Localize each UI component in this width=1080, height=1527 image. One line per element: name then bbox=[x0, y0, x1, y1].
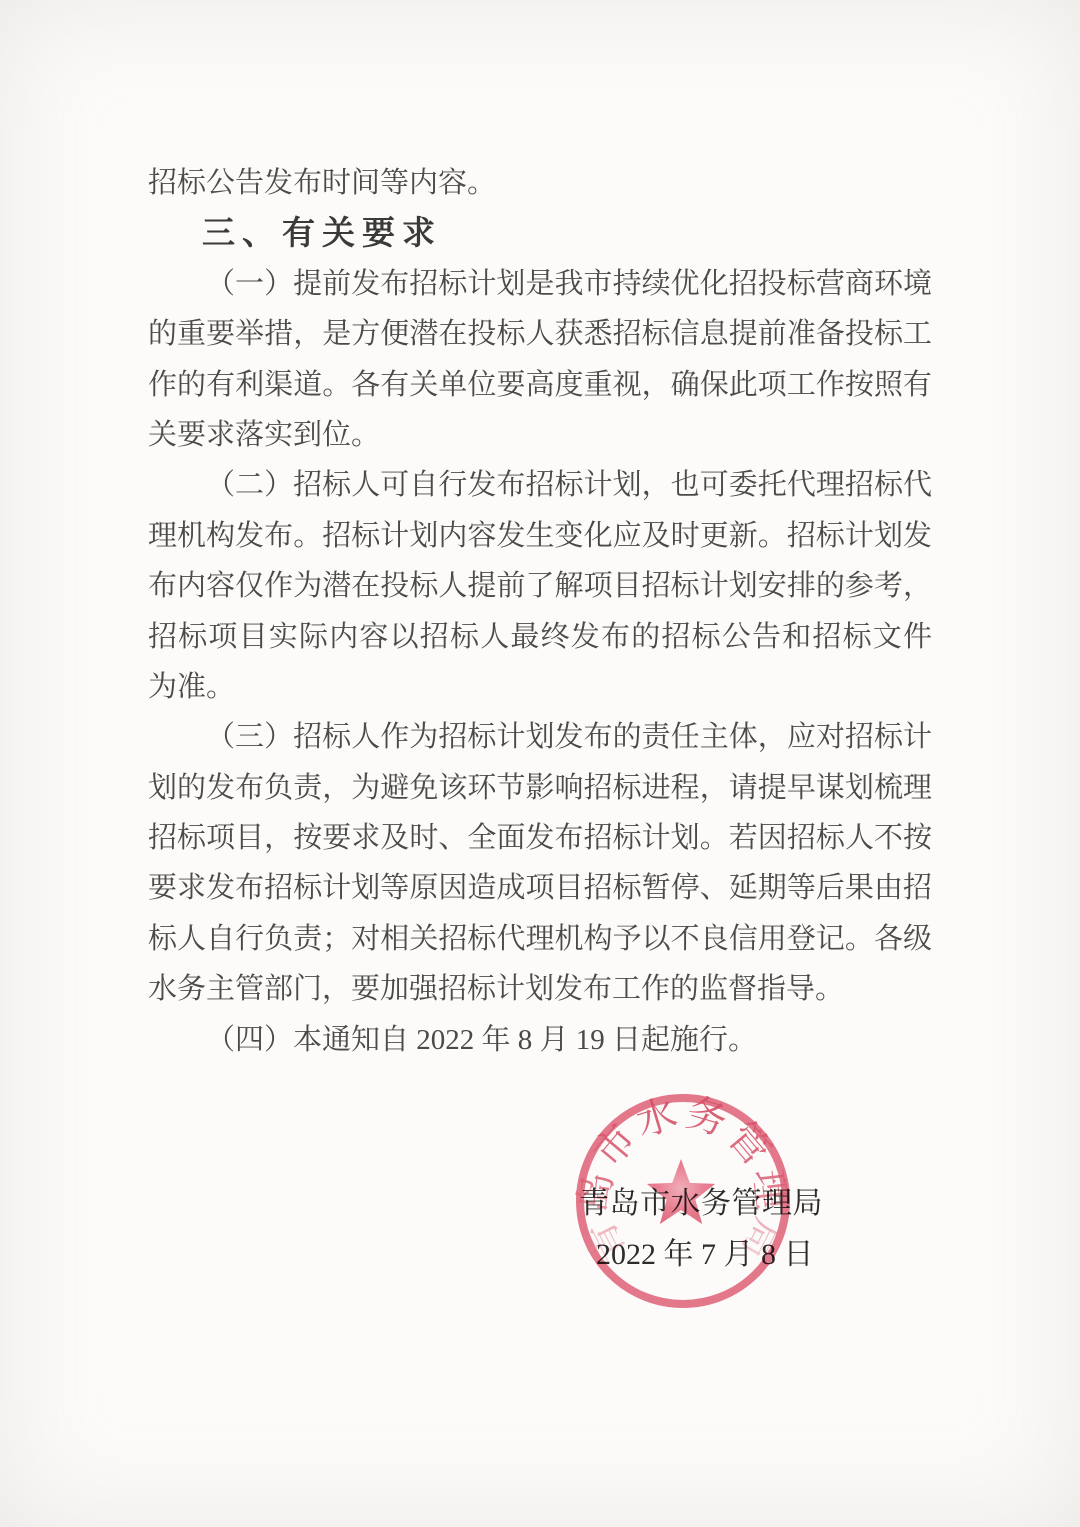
document-line: 划的发布负责，为避免该环节影响招标进程，请提早谋划梳理 bbox=[148, 763, 932, 813]
scanned-notice-page: 招标公告发布时间等内容。 三、有关要求 （一）提前发布招标计划是我市持续优化招投… bbox=[0, 0, 1080, 1527]
document-line: 为准。 bbox=[148, 662, 932, 712]
document-line: （一）提前发布招标计划是我市持续优化招投标营商环境 bbox=[148, 259, 932, 309]
document-line: 理机构发布。招标计划内容发生变化应及时更新。招标计划发 bbox=[148, 511, 932, 561]
document-line: 招标项目，按要求及时、全面发布招标计划。若因招标人不按 bbox=[148, 813, 932, 863]
document-line: 作的有利渠道。各有关单位要高度重视，确保此项工作按照有 bbox=[148, 360, 932, 410]
document-line: 要求发布招标计划等原因造成项目招标暂停、延期等后果由招 bbox=[148, 863, 932, 913]
document-line: 招标项目实际内容以招标人最终发布的招标公告和招标文件 bbox=[148, 612, 932, 662]
document-line: （二）招标人可自行发布招标计划，也可委托代理招标代 bbox=[148, 460, 932, 510]
document-line: 关要求落实到位。 bbox=[148, 410, 932, 460]
document-line: （三）招标人作为招标计划发布的责任主体，应对招标计 bbox=[148, 712, 932, 762]
document-line: （四）本通知自 2022 年 8 月 19 日起施行。 bbox=[148, 1015, 932, 1065]
official-seal: 青岛市水务管理局 bbox=[550, 1068, 816, 1334]
document-line: 布内容仅作为潜在投标人提前了解项目招标计划安排的参考， bbox=[148, 561, 932, 611]
seal-star-icon bbox=[647, 1159, 715, 1224]
document-line: 标人自行负责；对相关招标代理机构予以不良信用登记。各级 bbox=[148, 914, 932, 964]
document-line: 水务主管部门，要加强招标计划发布工作的监督指导。 bbox=[148, 964, 932, 1014]
section-heading: 三、有关要求 bbox=[148, 208, 932, 258]
document-body: 招标公告发布时间等内容。 三、有关要求 （一）提前发布招标计划是我市持续优化招投… bbox=[148, 158, 932, 1065]
document-line: 的重要举措，是方便潜在投标人获悉招标信息提前准备投标工 bbox=[148, 309, 932, 359]
document-line: 招标公告发布时间等内容。 bbox=[148, 158, 932, 208]
